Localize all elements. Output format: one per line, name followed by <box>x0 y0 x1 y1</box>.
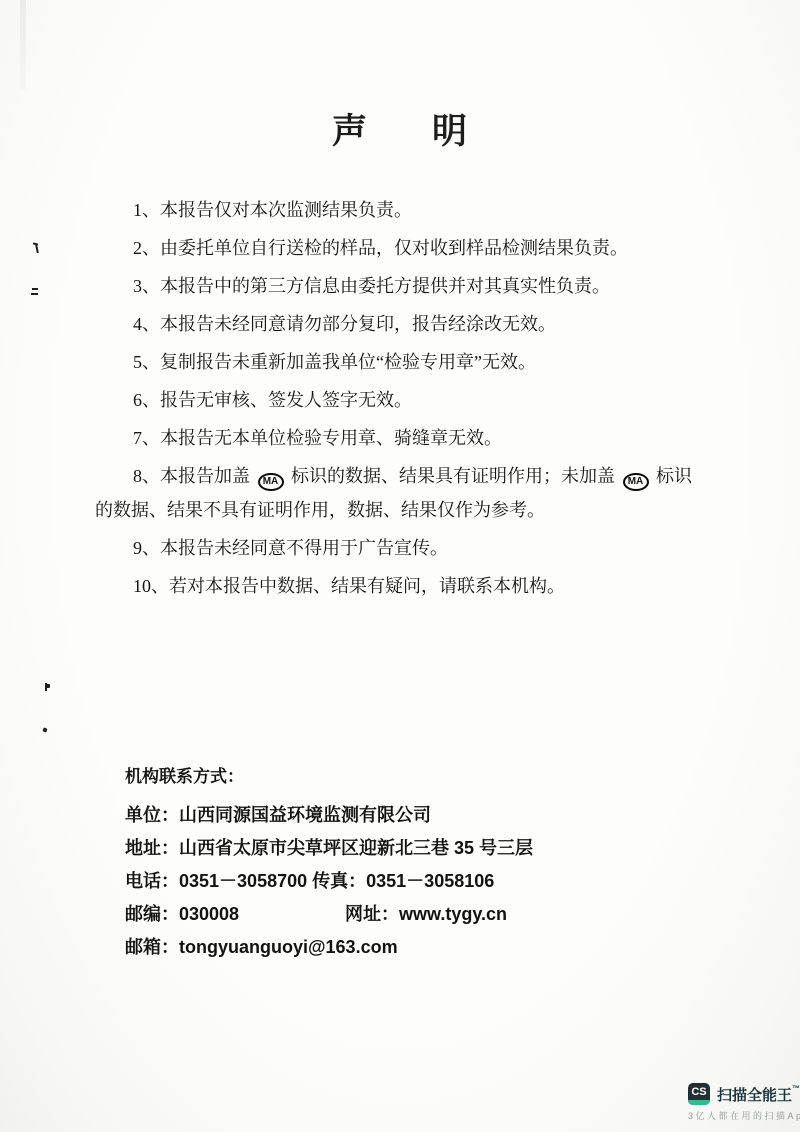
cma-mark-icon: MA <box>623 473 649 491</box>
statement-item-8-text-1: 8、本报告加盖 <box>133 466 250 486</box>
statement-item-3: 3、本报告中的第三方信息由委托方提供并对其真实性负责。 <box>95 269 695 303</box>
statement-item-8-text-2: 标识的数据、结果具有证明作用；未加盖 <box>291 466 615 486</box>
ink-artifact <box>46 684 50 688</box>
camscanner-logo-letters: CS <box>691 1086 706 1098</box>
ink-artifact <box>35 245 39 253</box>
contact-block: 机构联系方式： 单位：山西同源国益环境监测有限公司 地址：山西省太原市尖草坪区迎… <box>125 760 533 964</box>
phone-value: 0351－3058700 <box>179 871 307 891</box>
web-label: 网址： <box>345 904 399 924</box>
statement-item-4: 4、本报告未经同意请勿部分复印，报告经涂改无效。 <box>95 307 695 341</box>
unit-label: 单位： <box>125 805 179 825</box>
ink-artifact <box>42 727 47 732</box>
zip-value: 030008 <box>179 904 239 924</box>
unit-value: 山西同源国益环境监测有限公司 <box>179 805 431 825</box>
title-char-left: 声 <box>332 104 368 154</box>
contact-email-row: 邮箱：tongyuanguoyi@163.com <box>125 931 533 964</box>
statement-item-6: 6、报告无审核、签发人签字无效。 <box>95 383 695 417</box>
contact-heading: 机构联系方式： <box>125 760 533 793</box>
watermark-tagline: 3亿人都在用的扫描App <box>688 1109 800 1122</box>
title-char-right: 明 <box>432 104 468 154</box>
statement-list: 1、本报告仅对本次监测结果负责。 2、由委托单位自行送检的样品，仅对收到样品检测… <box>95 193 695 607</box>
statement-item-10: 10、若对本报告中数据、结果有疑问，请联系本机构。 <box>95 569 695 603</box>
contact-phone-row: 电话：0351－3058700 传真：0351－3058106 <box>125 865 533 898</box>
fax-value: 0351－3058106 <box>366 871 494 891</box>
camscanner-logo-icon: CS <box>688 1083 710 1105</box>
cma-mark-label: MA <box>263 477 279 487</box>
statement-item-7: 7、本报告无本单位检验专用章、骑缝章无效。 <box>95 421 695 455</box>
email-label: 邮箱： <box>125 937 179 957</box>
address-value: 山西省太原市尖草坪区迎新北三巷 35 号三层 <box>179 838 533 858</box>
watermark-row: CS 扫描全能王™ <box>688 1083 800 1105</box>
zip-label: 邮编： <box>125 904 179 924</box>
email-value: tongyuanguoyi@163.com <box>179 937 398 957</box>
ink-artifact <box>32 288 38 290</box>
contact-address-row: 地址：山西省太原市尖草坪区迎新北三巷 35 号三层 <box>125 832 533 865</box>
web-value: www.tygy.cn <box>399 904 507 924</box>
scanned-declaration-page: 声 明 1、本报告仅对本次监测结果负责。 2、由委托单位自行送检的样品，仅对收到… <box>0 0 800 1132</box>
camscanner-watermark: CS 扫描全能王™ 3亿人都在用的扫描App <box>688 1083 800 1122</box>
camscanner-logo-stripe <box>688 1100 710 1105</box>
scan-streak-artifact <box>20 0 26 90</box>
statement-item-9: 9、本报告未经同意不得用于广告宣传。 <box>95 531 695 565</box>
trademark-symbol: ™ <box>792 1084 800 1093</box>
page-title: 声 明 <box>0 104 800 154</box>
phone-label: 电话： <box>125 871 179 891</box>
cma-mark-icon: MA <box>258 473 284 491</box>
cma-mark-label: MA <box>628 477 644 487</box>
zip-group: 邮编：030008 <box>125 898 345 931</box>
fax-label: 传真： <box>312 871 366 891</box>
statement-item-5: 5、复制报告未重新加盖我单位“检验专用章”无效。 <box>95 345 695 379</box>
statement-item-8: 8、本报告加盖 MA 标识的数据、结果具有证明作用；未加盖 MA 标识的数据、结… <box>95 459 695 527</box>
contact-zip-web-row: 邮编：030008网址：www.tygy.cn <box>125 898 533 931</box>
address-label: 地址： <box>125 838 179 858</box>
statement-item-1: 1、本报告仅对本次监测结果负责。 <box>95 193 695 227</box>
ink-artifact <box>31 293 38 295</box>
contact-unit-row: 单位：山西同源国益环境监测有限公司 <box>125 799 533 832</box>
statement-item-2: 2、由委托单位自行送检的样品，仅对收到样品检测结果负责。 <box>95 231 695 265</box>
watermark-app-name-text: 扫描全能王 <box>717 1087 792 1104</box>
watermark-app-name: 扫描全能王™ <box>717 1084 800 1105</box>
